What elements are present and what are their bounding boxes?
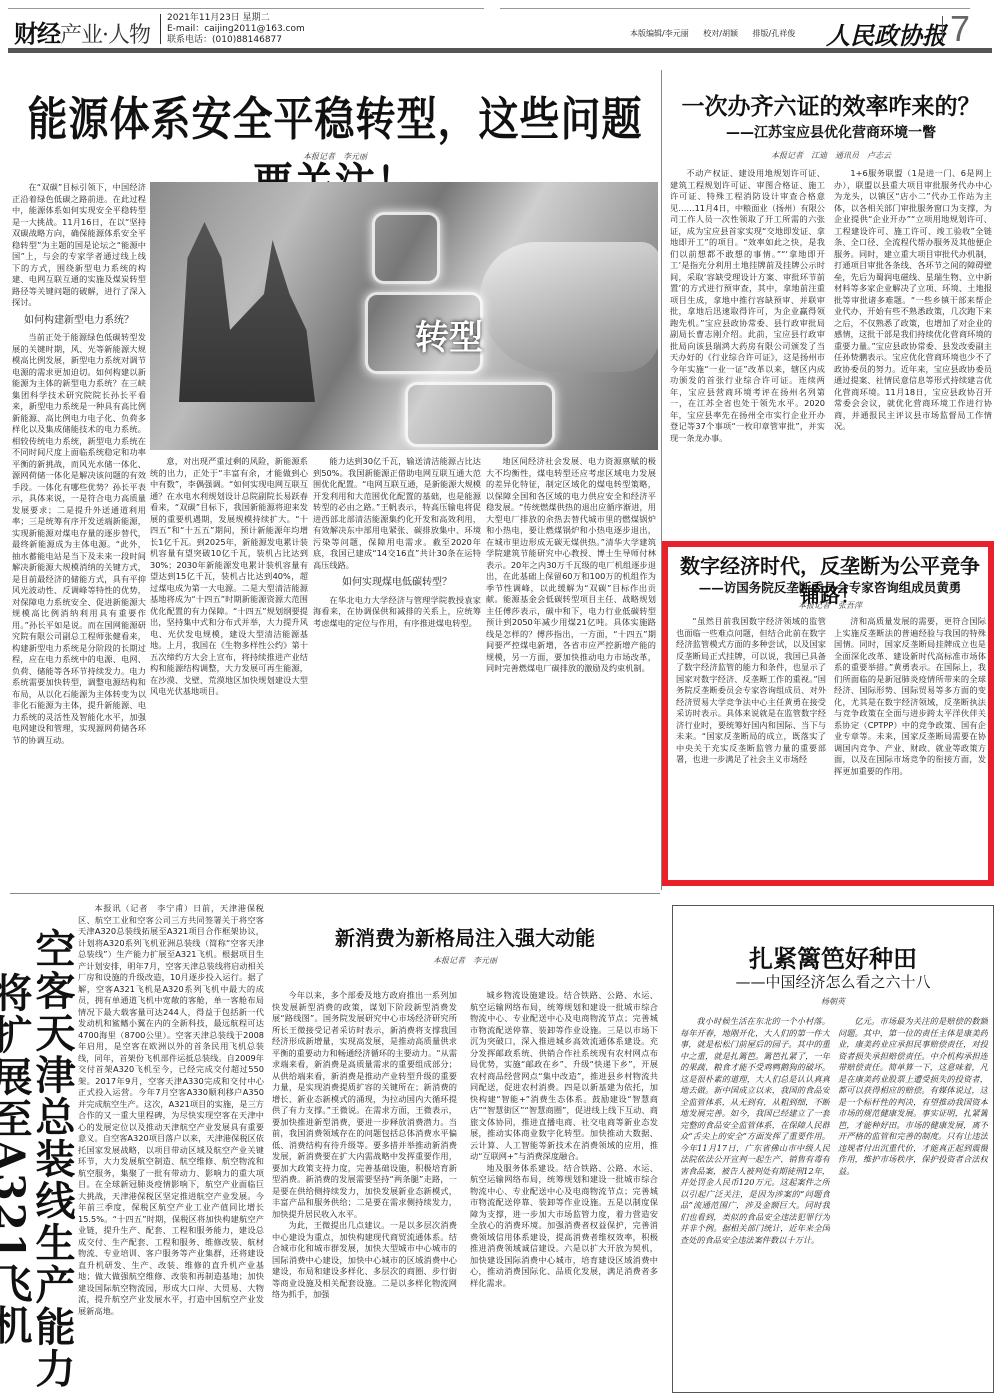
contact-email: E-mail：caijing2011@163.com <box>167 24 305 35</box>
oil-rig-image <box>162 222 332 402</box>
middle-article-headline: 新消费为新格局注入强大动能 <box>270 922 660 951</box>
right-article-1-col2-body: 1+6服务联盟（1是进一门、6是网上办），联盟以县重大项目审批服务代办中心为龙头… <box>834 168 992 433</box>
right-article-1-col1-body: 不动产权证、建设用地规划许可证、建筑工程规划许可证、审图合格证、施工许可证、特殊… <box>670 168 825 444</box>
page-credits: 本版编辑/李元丽 校对/胡颖 排版/孔祥俊 <box>630 28 795 39</box>
middle-article-col2-body: 城乡物流设施建设。结合铁路、公路、水运、航空运输网络布局，统筹规划和建设一批城市… <box>470 990 658 1163</box>
right-article-2-col-2: 济和高质量发展的需要，更符合国际上实施反垄断法的普遍经验与我国的特殊国情。同时，… <box>834 616 986 878</box>
lead-column-3: 能力达到30亿千瓦，输送清洁能源占比达到50%。我国新能源正借助电网互联互通大范… <box>313 456 481 882</box>
middle-article-col-2: 城乡物流设施建设。结合铁路、公路、水运、航空运输网络布局，统筹规划和建设一批城市… <box>470 990 658 1393</box>
lead-col3b-body: 在华北电力大学经济与管理学院教授袁家海看来，在协调保供和减排的关系上，应统筹考虑… <box>313 595 481 630</box>
hand-image <box>480 242 658 372</box>
middle-article-col1-end: 为此，王微提出几点建议。一是以多层次消费中心建设为重点，加快构建现代商贸流通体系… <box>272 1220 457 1301</box>
lead-col1-body: 当前正处于能源绿色低碳转型发展的关键时期，风、光等新能源大规模高比例发展，新型电… <box>12 332 146 746</box>
lead-column-4: 地区间经济社会发展、电力资源禀赋的极大不均衡性，煤电转型还应考虑区域电力发展的差… <box>486 456 656 882</box>
lead-col2-body: 意，对出现严重过剩的风险，新能源系统的出力，正处于“丰富有余，才能做到心中有数”… <box>150 456 308 698</box>
right-article-1-headline: 一次办齐六证的效率咋来的？ <box>666 88 996 121</box>
glow-panel <box>405 382 555 447</box>
proofreader-credit: 校对/胡颖 <box>703 29 738 38</box>
right-article-1-col-2: 1+6服务联盟（1是进一门、6是网上办），联盟以县重大项目审批服务代办中心为龙头… <box>834 168 992 534</box>
section-name: 产业·人物 <box>60 23 150 48</box>
right-article-3-headline: 扎紧篱笆好种田 <box>672 939 994 974</box>
section-divider <box>10 893 660 894</box>
lead-byline: 本报记者 李元丽 <box>10 151 660 162</box>
right-article-2-byline: 本报记者 张吾萍 <box>672 600 988 611</box>
issue-date: 2021年11月23日 星期二 <box>167 13 305 24</box>
lead-column-2: 意，对出现严重过剩的风险，新能源系统的出力，正处于“丰富有余，才能做到心中有数”… <box>150 456 308 882</box>
editor-credit: 本版编辑/李元丽 <box>630 29 689 38</box>
glow-panel <box>372 212 440 284</box>
header-info: 2021年11月23日 星期二 E-mail：caijing2011@163.c… <box>167 13 305 46</box>
right-article-2-subheadline: ——访国务院反垄断委员会专家咨询组成员黄勇 <box>672 578 988 596</box>
layout-credit: 排版/孔祥俊 <box>753 29 796 38</box>
lead-intro: 在“双碳”目标引领下，中国经济正沿着绿色低碳之路前进。在此过程中，能源体系如何实… <box>12 182 146 309</box>
top-rule-right <box>500 8 970 9</box>
right-article-3-col2-body: 亿元。市场最为关注的是赔偿的数额问题。其中，第一位的责任主体是康美药业，康美药业… <box>838 1016 988 1177</box>
section-logo-text: 财经 <box>14 19 60 48</box>
vertical-article-text: 本报讯（记者 李宁甫）日前，天津港保税区、航空工业和空客公司三方共同签署关于将空… <box>78 903 264 1317</box>
photo-label: 转型 <box>415 310 483 359</box>
right-article-2-col2-body: 济和高质量发展的需要，更符合国际上实施反垄断法的普遍经验与我国的特殊国情。同时，… <box>834 616 986 777</box>
middle-article-col-1: 今年以来，多个部委及地方政府推出一系列加快发展新型消费的政策，谋划下阶段新型消费… <box>272 990 457 1393</box>
lead-col3-body: 能力达到30亿千瓦，输送清洁能源占比达到50%。我国新能源正借助电网互联互通大范… <box>313 456 481 571</box>
section-logo: 财经产业·人物 <box>14 14 150 49</box>
lead-subhead-2: 如何实现煤电低碳转型？ <box>313 577 481 589</box>
vertical-headline: 空客天津总装线生产能力将扩展至A321飞机 <box>18 922 74 1396</box>
header-separator <box>160 14 161 44</box>
newspaper-name: 人民政协报 <box>826 16 946 51</box>
right-article-3-col-2: 亿元。市场最为关注的是赔偿的数额问题。其中，第一位的责任主体是康美药业，康美药业… <box>838 1016 988 1386</box>
lead-subhead-1: 如何构建新型电力系统？ <box>12 315 146 327</box>
page-number: 7 <box>950 8 970 50</box>
right-article-3-byline: 杨朝英 <box>672 996 994 1007</box>
right-article-1-col-1: 不动产权证、建设用地规划许可证、建筑工程规划许可证、审图合格证、施工许可证、特殊… <box>670 168 825 534</box>
right-article-1-byline: 本报记者 江迪 通讯员 卢志云 <box>666 150 996 161</box>
middle-article-col1-body: 今年以来，多个部委及地方政府推出一系列加快发展新型消费的政策，谋划下阶段新型消费… <box>272 990 457 1220</box>
right-article-1-subheadline: ——江苏宝应县优化营商环境一瞥 <box>666 122 996 142</box>
lead-col4-body: 地区间经济社会发展、电力资源禀赋的极大不均衡性，煤电转型还应考虑区域电力发展的差… <box>486 456 656 675</box>
middle-article-col3-body: 地及服务体系建设。结合铁路、公路、水运、航空运输网络布局，统筹规划和建设一批城市… <box>470 1163 658 1290</box>
masthead-bar <box>8 48 992 53</box>
page-number-separator <box>942 16 943 42</box>
right-article-2-col1-body: “虽然目前我国数字经济领域的监管也面临一些难点问题，但结合此前在数字经济监管模式… <box>676 616 826 766</box>
top-rule <box>8 8 484 9</box>
right-article-3-col1-body: 我小时候生活在东北的一个小村落。每年开春，地刚开化，大人们的第一件大事，就是松松… <box>680 1016 830 1246</box>
lead-column-1: 在“双碳”目标引领下，中国经济正沿着绿色低碳之路前进。在此过程中，能源体系如何实… <box>12 182 146 882</box>
vertical-article-body: 本报讯（记者 李宁甫）日前，天津港保税区、航空工业和空客公司三方共同签署关于将空… <box>78 903 264 1393</box>
right-article-3-subheadline: ——中国经济怎么看之六十八 <box>672 971 994 992</box>
right-article-3-col-1: 我小时候生活在东北的一个小村落。每年开春，地刚开化，大人们的第一件大事，就是松松… <box>680 1016 830 1386</box>
middle-article-byline: 本报记者 李元丽 <box>270 955 660 966</box>
lead-photo: 转型 <box>150 182 658 450</box>
right-article-2-col-1: “虽然目前我国数字经济领域的监管也面临一些难点问题，但结合此前在数字经济监管模式… <box>676 616 826 878</box>
contact-phone: 联系电话：(010)88146877 <box>167 35 305 46</box>
